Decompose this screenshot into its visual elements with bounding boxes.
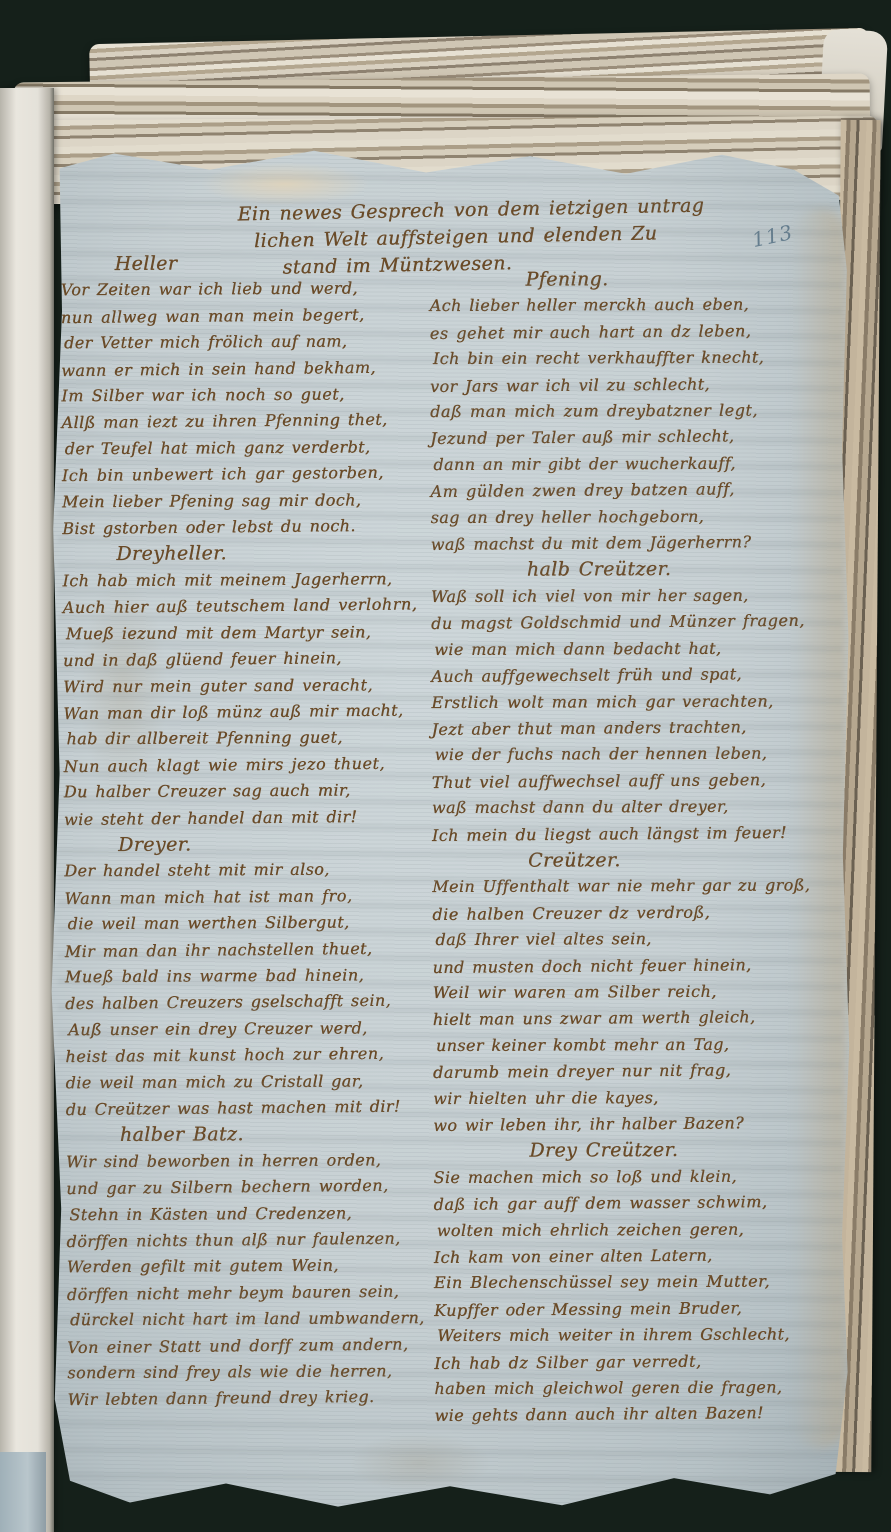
paper-stain bbox=[350, 1433, 490, 1493]
verse-line: wir hielten uhr die kayes, bbox=[433, 1084, 873, 1112]
verse-line: Sie machen mich so loß und klein, bbox=[433, 1163, 873, 1191]
verse-line: Ich kam von einer alten Latern, bbox=[434, 1241, 874, 1271]
verse-line: daß ich gar auff dem wasser schwim, bbox=[433, 1188, 873, 1218]
verse-line: Auß unser ein drey Creuzer werd, bbox=[65, 1015, 457, 1044]
verse-line: es gehet mir auch hart an dz leben, bbox=[430, 317, 870, 347]
section-heading: halb Creützer. bbox=[431, 556, 871, 584]
verse-line: wo wir leben ihr, ihr halber Bazen? bbox=[433, 1109, 873, 1139]
verse-line: der Vetter mich frölich auf nam, bbox=[61, 328, 453, 357]
section-heading: halber Batz. bbox=[66, 1120, 458, 1149]
verse-line: wie gehts dann auch ihr alten Bazen! bbox=[434, 1400, 874, 1430]
verse-line: Ich bin unbewert ich gar gestorben, bbox=[62, 459, 454, 490]
verse-line: waß machst dann du alter dreyer, bbox=[432, 793, 872, 821]
verse-line: Waß soll ich viel von mir her sagen, bbox=[431, 582, 871, 610]
verse-line: Kupffer oder Messing mein Bruder, bbox=[434, 1294, 874, 1324]
verse-line: Auch hier auß teutschem land verlohrn, bbox=[63, 591, 455, 622]
verse-line: sag an drey heller hochgeborn, bbox=[431, 503, 871, 531]
verse-line: Auch auffgewechselt früh und spat, bbox=[431, 660, 871, 690]
verse-line: Nun auch klagt wie mirs jezo thuet, bbox=[63, 750, 455, 781]
verse-line: Stehn in Kästen und Credenzen, bbox=[66, 1199, 458, 1228]
verse-line: Von einer Statt und dorff zum andern, bbox=[67, 1331, 459, 1362]
verse-line: wie man mich dann bedacht hat, bbox=[431, 635, 871, 663]
verse-section: halber Batz.Wir sind beworben in herren … bbox=[66, 1120, 460, 1413]
verse-line: die weil man werthen Silbergut, bbox=[64, 909, 456, 938]
verse-line: Mueß bald ins warme bad hinein, bbox=[65, 962, 457, 991]
verse-line: Weil wir waren am Silber reich, bbox=[433, 978, 873, 1006]
verse-line: sondern sind frey als wie die herren, bbox=[67, 1358, 459, 1387]
verse-line: hielt man uns zwar am werth gleich, bbox=[433, 1003, 873, 1033]
verse-line: waß machst du mit dem Jägerherrn? bbox=[431, 528, 871, 558]
verse-line: Werden gefilt mit gutem Wein, bbox=[67, 1252, 459, 1281]
verse-line: Am gülden zwen drey batzen auff, bbox=[430, 475, 870, 505]
verse-line: haben mich gleichwol geren die fragen, bbox=[434, 1374, 874, 1402]
verse-line: Ein Blechenschüssel sey mein Mutter, bbox=[434, 1268, 874, 1296]
section-heading: Pfening. bbox=[429, 265, 869, 293]
verse-line: Thut viel auffwechsel auff uns geben, bbox=[432, 766, 872, 796]
verse-line: die halben Creuzer dz verdroß, bbox=[432, 898, 872, 928]
verse-line: nun allweg wan man mein begert, bbox=[61, 301, 453, 332]
verse-section: Dreyheller.Ich hab mich mit meinem Jager… bbox=[62, 539, 456, 832]
verse-line: Der handel steht mit mir also, bbox=[64, 856, 456, 885]
verse-line: wolten mich ehrlich zeichen geren, bbox=[434, 1216, 874, 1244]
verse-line: Wann man mich hat ist man fro, bbox=[64, 882, 456, 913]
verse-line: Im Silber war ich noch so guet, bbox=[61, 381, 453, 410]
verse-line: Vor Zeiten war ich lieb und werd, bbox=[61, 275, 453, 304]
verse-line: Mein Uffenthalt war nie mehr gar zu groß… bbox=[432, 872, 872, 900]
verse-line: Ich hab dz Silber gar verredt, bbox=[434, 1347, 874, 1377]
verse-line: des halben Creuzers gselschafft sein, bbox=[65, 987, 457, 1018]
verse-line: vor Jars war ich vil zu schlecht, bbox=[430, 370, 870, 400]
verse-line: Ach lieber heller merckh auch eben, bbox=[430, 291, 870, 319]
section-heading: Heller bbox=[60, 249, 452, 278]
text-column-left: HellerVor Zeiten war ich lieb und werd,n… bbox=[60, 249, 459, 1413]
verse-section: Creützer.Mein Uffenthalt war nie mehr ga… bbox=[432, 846, 873, 1138]
facing-page-edge-shadow bbox=[0, 1452, 46, 1532]
verse-line: Bist gstorben oder lebst du noch. bbox=[62, 512, 454, 543]
verse-line: Wir sind beworben in herren orden, bbox=[66, 1147, 458, 1176]
text-column-right: Pfening.Ach lieber heller merckh auch eb… bbox=[429, 265, 874, 1429]
verse-line: dörffen nichts thun alß nur faulenzen, bbox=[66, 1225, 458, 1256]
verse-line: wie steht der handel dan mit dir! bbox=[64, 802, 456, 833]
verse-line: du Creützer was hast machen mit dir! bbox=[66, 1093, 458, 1124]
manuscript-page: Ein newes Gesprech von dem ietzigen untr… bbox=[50, 148, 850, 1508]
verse-line: Mir man dan ihr nachstellen thuet, bbox=[65, 935, 457, 966]
verse-line: Wir lebten dann freund drey krieg. bbox=[67, 1383, 459, 1414]
verse-line: Ich bin ein recht verkhauffter knecht, bbox=[430, 344, 870, 372]
verse-line: daß man mich zum dreybatzner legt, bbox=[430, 397, 870, 425]
verse-line: wie der fuchs nach der hennen leben, bbox=[432, 740, 872, 768]
verse-line: Du halber Creuzer sag auch mir, bbox=[64, 777, 456, 806]
photo-background: Ein newes Gesprech von dem ietzigen untr… bbox=[0, 0, 891, 1532]
verse-line: heist das mit kunst hoch zur ehren, bbox=[65, 1040, 457, 1071]
verse-line: Jezt aber thut man anders trachten, bbox=[431, 713, 871, 743]
section-heading: Drey Creützer. bbox=[433, 1136, 873, 1164]
verse-line: daß Ihrer viel altes sein, bbox=[432, 925, 872, 953]
verse-section: Dreyer.Der handel steht mit mir also,Wan… bbox=[64, 830, 458, 1123]
verse-line: dürckel nicht hart im land umbwandern, bbox=[67, 1305, 459, 1334]
facing-page-edge bbox=[0, 88, 54, 1532]
verse-line: du magst Goldschmid und Münzer fragen, bbox=[431, 607, 871, 637]
verse-line: Wird nur mein guter sand veracht, bbox=[63, 671, 455, 700]
verse-line: Mueß iezund mit dem Martyr sein, bbox=[63, 618, 455, 647]
verse-line: Ich mein du liegst auch längst im feuer! bbox=[432, 819, 872, 849]
verse-line: dörffen nicht mehr beym bauren sein, bbox=[67, 1278, 459, 1309]
verse-line: unser keiner kombt mehr an Tag, bbox=[433, 1031, 873, 1059]
verse-line: Mein lieber Pfening sag mir doch, bbox=[62, 486, 454, 515]
section-heading: Creützer. bbox=[432, 846, 872, 874]
section-heading: Dreyer. bbox=[64, 830, 456, 859]
verse-line: Erstlich wolt man mich gar verachten, bbox=[431, 688, 871, 716]
verse-line: der Teufel hat mich ganz verderbt, bbox=[62, 434, 454, 463]
verse-line: Wan man dir loß münz auß mir macht, bbox=[63, 697, 455, 728]
verse-line: die weil man mich zu Cristall gar, bbox=[65, 1067, 457, 1096]
verse-line: Ich hab mich mit meinem Jagerherrn, bbox=[62, 566, 454, 595]
verse-line: dann an mir gibt der wucherkauff, bbox=[430, 450, 870, 478]
verse-line: und gar zu Silbern bechern worden, bbox=[66, 1172, 458, 1203]
verse-line: und musten doch nicht feuer hinein, bbox=[432, 951, 872, 981]
verse-line: wann er mich in sein hand bekham, bbox=[61, 354, 453, 385]
verse-section: Drey Creützer.Sie machen mich so loß und… bbox=[433, 1136, 874, 1428]
verse-section: HellerVor Zeiten war ich lieb und werd,n… bbox=[60, 249, 454, 542]
verse-line: Allß man iezt zu ihren Pfenning thet, bbox=[61, 406, 453, 437]
verse-section: halb Creützer.Waß soll ich viel von mir … bbox=[431, 556, 872, 848]
verse-line: hab dir allbereit Pfenning guet, bbox=[63, 724, 455, 753]
verse-line: darumb mein dreyer nur nit frag, bbox=[433, 1056, 873, 1086]
verse-line: Weiters mich weiter in ihrem Gschlecht, bbox=[434, 1321, 874, 1349]
section-heading: Dreyheller. bbox=[62, 539, 454, 568]
verse-line: und in daß glüend feuer hinein, bbox=[63, 644, 455, 675]
verse-section: Pfening.Ach lieber heller merckh auch eb… bbox=[429, 265, 870, 557]
verse-line: Jezund per Taler auß mir schlecht, bbox=[430, 423, 870, 453]
